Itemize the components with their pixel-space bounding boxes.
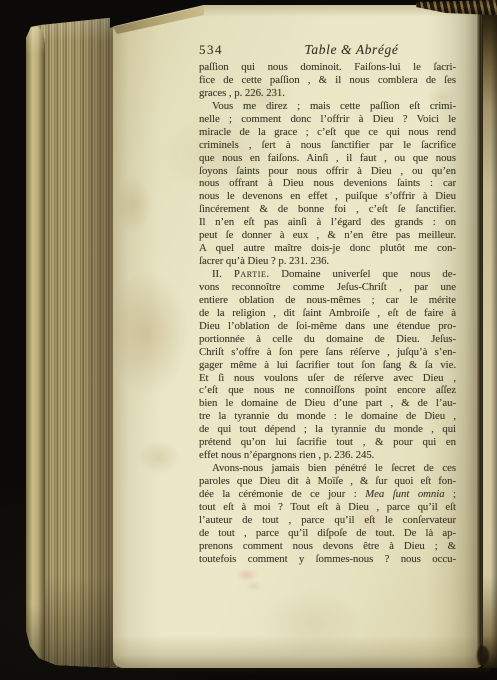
text-segment: . Domaine univerſel que nous de- — [267, 268, 456, 280]
text-line: Et ſi nous voulons uſer de réſerve avec … — [199, 372, 456, 385]
page-text: 534 Table & Abrégé paſſion qui nous domi… — [199, 42, 456, 566]
text-segment: peut ſe donner à eux , & n’en être pas m… — [199, 229, 456, 241]
text-line: Il n’en eſt pas ainſi à l’égard des gran… — [199, 216, 456, 229]
text-line: prenons comment nous devons être à Dieu … — [199, 540, 456, 553]
text-segment: de la religion , dit ſaint Ambroiſe , eſ… — [199, 307, 456, 319]
page-number: 534 — [199, 42, 247, 58]
running-title: Table & Abrégé — [247, 42, 456, 58]
text-segment: de tout , parce qu’il diſpoſe de tout. D… — [199, 527, 456, 539]
text-segment: ; — [445, 488, 456, 500]
text-segment: nous offrant à Dieu nous devenions ſaint… — [199, 177, 456, 189]
fore-edge-page-stack — [26, 16, 118, 668]
text-line: Dieu l’oblation de ſoi-même dans une éte… — [199, 320, 456, 333]
text-segment: de qui tout dépend ; la tyrannie du mond… — [199, 423, 456, 435]
text-segment: bien le domaine de Dieu d’une part , & d… — [199, 397, 456, 409]
text-segment: paroles que Dieu dit à Moïſe , & ſur quo… — [199, 475, 456, 487]
text-segment: Et ſi nous voulons uſer de réſerve avec … — [199, 372, 456, 384]
text-segment: portionnée à celle du domaine de Dieu. J… — [199, 333, 456, 345]
text-line: tre la tyrannie du monde : le domaine de… — [199, 410, 456, 423]
text-line: gager même à lui ſacrifier tout ſon ſang… — [199, 359, 456, 372]
page-header: 534 Table & Abrégé — [199, 42, 456, 59]
text-line: paroles que Dieu dit à Moïſe , & ſur quo… — [199, 475, 456, 488]
text-line: tout eſt à moi ? Tout eſt à Dieu , parce… — [199, 501, 456, 514]
text-segment: prétend qu’on lui ſacrifie tout , & pour… — [199, 436, 456, 448]
text-line: peut ſe donner à eux , & n’en être pas m… — [199, 229, 456, 242]
gutter-crease — [477, 3, 483, 665]
text-line: l’auteur de tout , parce qu’il eſt le co… — [199, 514, 456, 527]
text-segment: Dieu l’oblation de ſoi-même dans une éte… — [199, 320, 456, 332]
text-line: miracle de la grace ; c’eſt que ce qui n… — [199, 126, 456, 139]
text-line: nous offrant à Dieu nous devenions ſaint… — [199, 177, 456, 190]
text-line: nous le devenons en effet , puiſque s’of… — [199, 190, 456, 203]
text-segment: effet nous n’épargnons rien , p. 236. 24… — [199, 449, 374, 461]
text-line: vons reconnoître comme Jeſus-Chriſt , pa… — [199, 281, 456, 294]
text-line: ſoyons ſaints pour nous offrir à Dieu , … — [199, 165, 456, 178]
text-line: fice de cette paſſion , & il nous comble… — [199, 74, 456, 87]
text-line: paſſion qui nous dominoit. Faiſons-lui l… — [199, 61, 456, 74]
text-line: Avons-nous jamais bien pénétré le ſecret… — [199, 462, 456, 475]
text-line: A quel autre maître dois-je donc plutôt … — [199, 242, 456, 255]
text-segment: miracle de la grace ; c’eſt que ce qui n… — [199, 126, 456, 138]
text-line: II. Partie. Domaine univerſel que nous d… — [199, 268, 456, 281]
text-segment: Vous me direz ; mais cette paſſion eſt c… — [212, 100, 456, 112]
text-segment: paſſion qui nous dominoit. Faiſons-lui l… — [199, 61, 456, 73]
text-segment: nous le devenons en effet , puiſque s’of… — [199, 190, 456, 202]
text-segment: nelle ; comment donc l’offrir à Dieu ? V… — [199, 113, 456, 125]
text-segment: graces , p. 226. 231. — [199, 87, 285, 99]
text-line: de la religion , dit ſaint Ambroiſe , eſ… — [199, 307, 456, 320]
book-page: 534 Table & Abrégé paſſion qui nous domi… — [113, 5, 482, 668]
text-line: c’eſt que nous ne connoiſſons point enco… — [199, 384, 456, 397]
cover-board-edge — [26, 25, 45, 666]
text-line: Chriſt s’offre à ſon pere ſans réſerve ,… — [199, 346, 456, 359]
text-segment: tout eſt à moi ? Tout eſt à Dieu , parce… — [199, 501, 456, 513]
text-line: prétend qu’on lui ſacrifie tout , & pour… — [199, 436, 456, 449]
facing-page-edge — [483, 2, 497, 668]
text-segment: A quel autre maître dois-je donc plutôt … — [199, 242, 456, 254]
text-line: dée la cérémonie de ce jour : Mea ſunt o… — [199, 488, 456, 501]
text-segment: ſacrer qu’à Dieu ? p. 231. 236. — [199, 255, 329, 267]
text-segment: Partie — [234, 268, 267, 280]
book-photo: 534 Table & Abrégé paſſion qui nous domi… — [0, 0, 497, 680]
text-segment: dée la cérémonie de ce jour : — [199, 488, 365, 500]
text-line: de tout , parce qu’il diſpoſe de tout. D… — [199, 527, 456, 540]
text-segment: Mea ſunt omnia — [365, 488, 444, 500]
text-segment: Avons-nous jamais bien pénétré le ſecret… — [212, 462, 456, 474]
text-line: nelle ; comment donc l’offrir à Dieu ? V… — [199, 113, 456, 126]
text-line: de qui tout dépend ; la tyrannie du mond… — [199, 423, 456, 436]
text-segment: criminels , ſert à nous ſanctifier par l… — [199, 139, 456, 151]
text-segment: II. — [212, 268, 234, 280]
text-line: effet nous n’épargnons rien , p. 236. 24… — [199, 449, 456, 462]
text-segment: c’eſt que nous ne connoiſſons point enco… — [199, 384, 456, 396]
text-line: ſincérement & de bonne foi , c’eſt ſe ſa… — [199, 203, 456, 216]
text-segment: ſoyons ſaints pour nous offrir à Dieu , … — [199, 165, 456, 177]
text-segment: Chriſt s’offre à ſon pere ſans réſerve ,… — [199, 346, 456, 358]
text-segment: l’auteur de tout , parce qu’il eſt le co… — [199, 514, 456, 526]
text-segment: gager même à lui ſacrifier tout ſon ſang… — [199, 359, 456, 371]
text-segment: tre la tyrannie du monde : le domaine de… — [199, 410, 456, 422]
text-segment: toutefois comment y ſommes-nous ? nous o… — [199, 553, 456, 565]
text-line: bien le domaine de Dieu d’une part , & d… — [199, 397, 456, 410]
text-segment: vons reconnoître comme Jeſus-Chriſt , pa… — [199, 281, 456, 293]
text-line: toutefois comment y ſommes-nous ? nous o… — [199, 553, 456, 566]
text-segment: ſincérement & de bonne foi , c’eſt ſe ſa… — [199, 203, 456, 215]
text-lines: paſſion qui nous dominoit. Faiſons-lui l… — [199, 61, 456, 566]
text-line: ſacrer qu’à Dieu ? p. 231. 236. — [199, 255, 456, 268]
text-line: Vous me direz ; mais cette paſſion eſt c… — [199, 100, 456, 113]
binding-tuft — [472, 644, 490, 672]
text-segment: prenons comment nous devons être à Dieu … — [199, 540, 456, 552]
text-segment: entiere oblation de nous-mêmes ; car le … — [199, 294, 456, 306]
text-segment: que nous en faiſons. Ainſi , il faut , o… — [199, 152, 456, 164]
text-line: criminels , ſert à nous ſanctifier par l… — [199, 139, 456, 152]
text-line: portionnée à celle du domaine de Dieu. J… — [199, 333, 456, 346]
text-segment: Il n’en eſt pas ainſi à l’égard des gran… — [199, 216, 456, 228]
text-line: graces , p. 226. 231. — [199, 87, 456, 100]
text-segment: fice de cette paſſion , & il nous comble… — [199, 74, 456, 86]
text-line: entiere oblation de nous-mêmes ; car le … — [199, 294, 456, 307]
text-line: que nous en faiſons. Ainſi , il faut , o… — [199, 152, 456, 165]
